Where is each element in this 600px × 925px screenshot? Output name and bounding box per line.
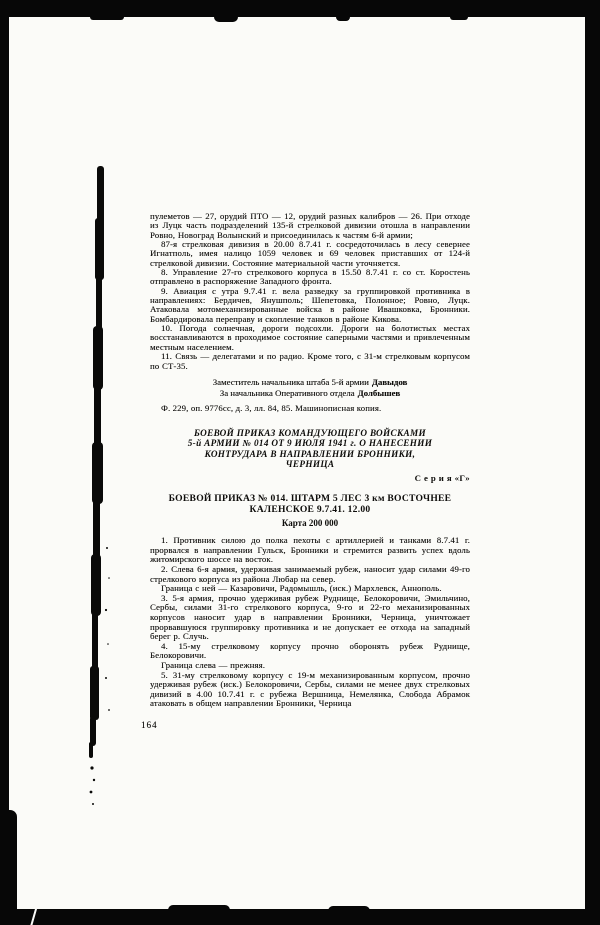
page-number: 164 bbox=[141, 720, 470, 730]
scanned-book-page: пулеметов — 27, орудий ПТО — 12, орудий … bbox=[0, 0, 600, 925]
scan-border-bottom bbox=[0, 909, 600, 925]
title-line: КОНТРУДАРА В НАПРАВЛЕНИИ БРОННИКИ, bbox=[150, 449, 470, 460]
paragraph: пулеметов — 27, орудий ПТО — 12, орудий … bbox=[150, 212, 470, 240]
signature-name: Давыдов bbox=[369, 377, 407, 387]
order-body-text: 1. Противник силою до полка пехоты с арт… bbox=[150, 536, 470, 709]
order-heading-line: БОЕВОЙ ПРИКАЗ № 014. ШТАРМ 5 ЛЕС 3 км ВО… bbox=[150, 493, 470, 504]
scan-border-ragged-edge bbox=[450, 17, 468, 20]
signature-line: За начальника Оперативного отделаДолбыше… bbox=[150, 388, 470, 400]
paragraph: 1. Противник силою до полка пехоты с арт… bbox=[150, 536, 470, 565]
signature-line: Заместитель начальника штаба 5-й армииДа… bbox=[150, 377, 470, 389]
scan-border-left-wide bbox=[0, 810, 17, 912]
scan-border-ragged-edge bbox=[168, 905, 230, 912]
paragraph: 8. Управление 27-го стрелкового корпуса … bbox=[150, 268, 470, 287]
paragraph: 11. Связь — делегатами и по радио. Кроме… bbox=[150, 352, 470, 371]
scan-border-ragged-edge bbox=[328, 906, 370, 912]
document-title: БОЕВОЙ ПРИКАЗ КОМАНДУЮЩЕГО ВОЙСКАМИ5-й А… bbox=[150, 428, 470, 470]
signature-role: Заместитель начальника штаба 5-й армии bbox=[213, 377, 369, 387]
order-continuation-text: пулеметов — 27, орудий ПТО — 12, орудий … bbox=[150, 212, 470, 371]
signature-role: За начальника Оперативного отдела bbox=[220, 388, 355, 398]
scan-border-ragged-edge bbox=[336, 16, 350, 21]
page-content: пулеметов — 27, орудий ПТО — 12, орудий … bbox=[150, 212, 470, 730]
paragraph: 5. 31-му стрелковому корпусу с 19-м меха… bbox=[150, 671, 470, 709]
scan-border-right bbox=[585, 0, 600, 925]
paragraph: 10. Погода солнечная, дороги подсохли. Д… bbox=[150, 324, 470, 352]
title-line: БОЕВОЙ ПРИКАЗ КОМАНДУЮЩЕГО ВОЙСКАМИ bbox=[150, 428, 470, 439]
order-heading-line: КАЛЕНСКОЕ 9.7.41. 12.00 bbox=[150, 504, 470, 515]
scan-border-ragged-edge bbox=[90, 17, 124, 20]
scan-border-left bbox=[0, 0, 9, 925]
paragraph: 3. 5-я армия, прочно удерживая рубеж Руд… bbox=[150, 594, 470, 642]
order-heading: БОЕВОЙ ПРИКАЗ № 014. ШТАРМ 5 ЛЕС 3 км ВО… bbox=[150, 493, 470, 515]
title-line: 5-й АРМИИ № 014 ОТ 9 ИЮЛЯ 1941 г. О НАНЕ… bbox=[150, 438, 470, 449]
paragraph: 2. Слева 6-я армия, удерживая занимаемый… bbox=[150, 565, 470, 584]
binding-shadow-artifact bbox=[80, 166, 114, 826]
paragraph: 87-я стрелковая дивизия в 20.00 8.7.41 г… bbox=[150, 240, 470, 268]
paragraph: 9. Авиация с утра 9.7.41 г. вела разведк… bbox=[150, 287, 470, 324]
paragraph: 4. 15-му стрелковому корпусу прочно обор… bbox=[150, 642, 470, 661]
signature-name: Долбышев bbox=[355, 388, 401, 398]
map-scale-note: Карта 200 000 bbox=[150, 518, 470, 528]
archive-reference: Ф. 229, оп. 9776сс, д. 3, лл. 84, 85. Ма… bbox=[150, 403, 470, 413]
series-label: С е р и я «Г» bbox=[150, 473, 470, 483]
title-line: ЧЕРНИЦА bbox=[150, 459, 470, 470]
scan-border-top bbox=[0, 0, 600, 17]
scan-border-ragged-edge bbox=[214, 17, 238, 22]
signature-block: Заместитель начальника штаба 5-й армииДа… bbox=[150, 377, 470, 400]
